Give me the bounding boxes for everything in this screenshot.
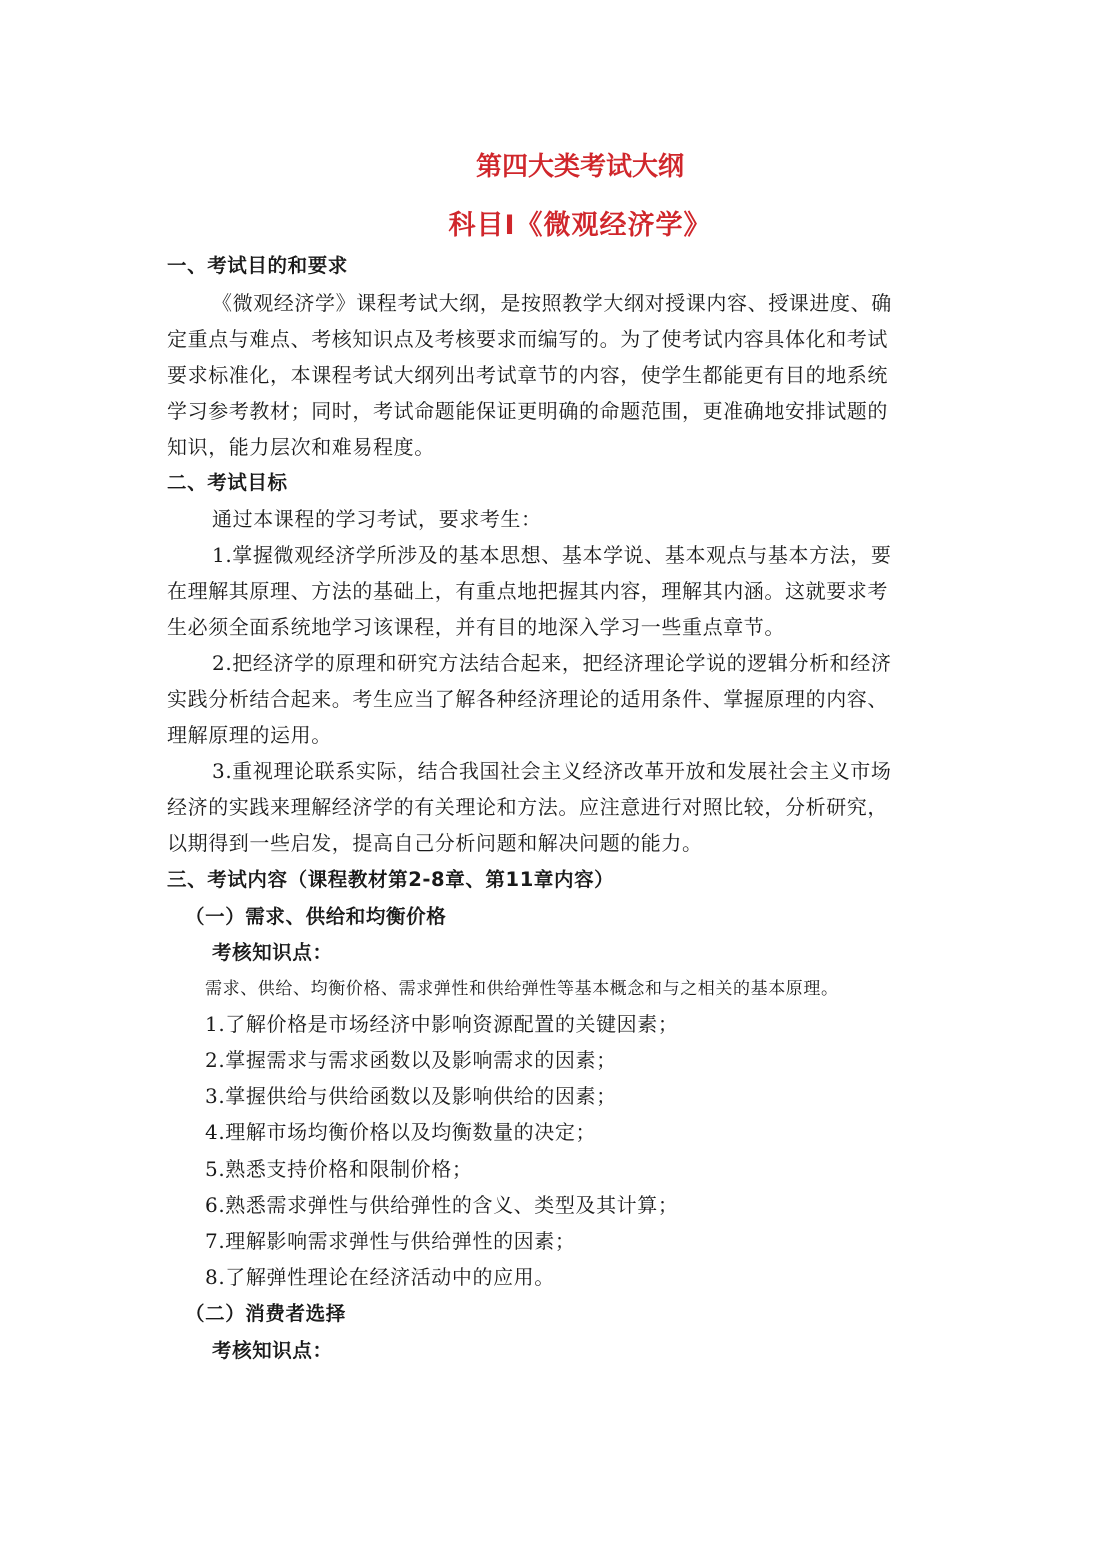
list-item: 5.熟悉支持价格和限制价格； [205, 1151, 977, 1187]
paragraph-line: 实践分析结合起来。考生应当了解各种经济理论的适用条件、掌握原理的内容、 [167, 681, 939, 717]
paragraph-line: 1.掌握微观经济学所涉及的基本思想、基本学说、基本观点与基本方法，要 [212, 537, 984, 573]
document-title: 第四大类考试大纲 [0, 146, 1102, 183]
section-heading-1: 一、考试目的和要求 [167, 248, 939, 284]
paragraph-line: 3.重视理论联系实际，结合我国社会主义经济改革开放和发展社会主义市场 [212, 753, 984, 789]
paragraph-line: 定重点与难点、考核知识点及考核要求而编写的。为了使考试内容具体化和考试 [167, 321, 939, 357]
knowledge-points-summary: 需求、供给、均衡价格、需求弹性和供给弹性等基本概念和与之相关的基本原理。 [205, 971, 977, 1007]
document-page: 第四大类考试大纲 科目Ⅰ《微观经济学》 一、考试目的和要求 《微观经济学》课程考… [0, 0, 1102, 1559]
list-item: 1.了解价格是市场经济中影响资源配置的关键因素； [205, 1006, 977, 1042]
list-item: 4.理解市场均衡价格以及均衡数量的决定； [205, 1114, 977, 1150]
paragraph-line: 学习参考教材；同时，考试命题能保证更明确的命题范围，更准确地安排试题的 [167, 393, 939, 429]
paragraph-line: 要求标准化，本课程考试大纲列出考试章节的内容，使学生都能更有目的地系统 [167, 357, 939, 393]
section-heading-3: 三、考试内容（课程教材第2-8章、第11章内容） [167, 862, 939, 898]
paragraph-line: 生必须全面系统地学习该课程，并有目的地深入学习一些重点章节。 [167, 609, 939, 645]
list-item: 3.掌握供给与供给函数以及影响供给的因素； [205, 1078, 977, 1114]
paragraph-line: 知识，能力层次和难易程度。 [167, 429, 939, 465]
subsection-heading-2: （二）消费者选择 [185, 1296, 957, 1332]
paragraph-line: 以期得到一些启发，提高自己分析问题和解决问题的能力。 [167, 825, 939, 861]
subsection-heading-1: （一）需求、供给和均衡价格 [185, 899, 957, 935]
paragraph-line: 通过本课程的学习考试，要求考生： [212, 501, 984, 537]
paragraph-line: 2.把经济学的原理和研究方法结合起来，把经济理论学说的逻辑分析和经济 [212, 645, 984, 681]
knowledge-points-label: 考核知识点： [212, 1333, 984, 1369]
list-item: 2.掌握需求与需求函数以及影响需求的因素； [205, 1042, 977, 1078]
paragraph-line: 在理解其原理、方法的基础上，有重点地把握其内容，理解其内涵。这就要求考 [167, 573, 939, 609]
list-item: 7.理解影响需求弹性与供给弹性的因素； [205, 1223, 977, 1259]
list-item: 8.了解弹性理论在经济活动中的应用。 [205, 1259, 977, 1295]
document-subtitle: 科目Ⅰ《微观经济学》 [0, 203, 1102, 242]
section-heading-2: 二、考试目标 [167, 465, 939, 501]
paragraph-line: 经济的实践来理解经济学的有关理论和方法。应注意进行对照比较，分析研究， [167, 789, 939, 825]
list-item: 6.熟悉需求弹性与供给弹性的含义、类型及其计算； [205, 1187, 977, 1223]
knowledge-points-label: 考核知识点： [212, 935, 984, 971]
paragraph-line: 《微观经济学》课程考试大纲，是按照教学大纲对授课内容、授课进度、确 [212, 285, 984, 321]
paragraph-line: 理解原理的运用。 [167, 717, 939, 753]
